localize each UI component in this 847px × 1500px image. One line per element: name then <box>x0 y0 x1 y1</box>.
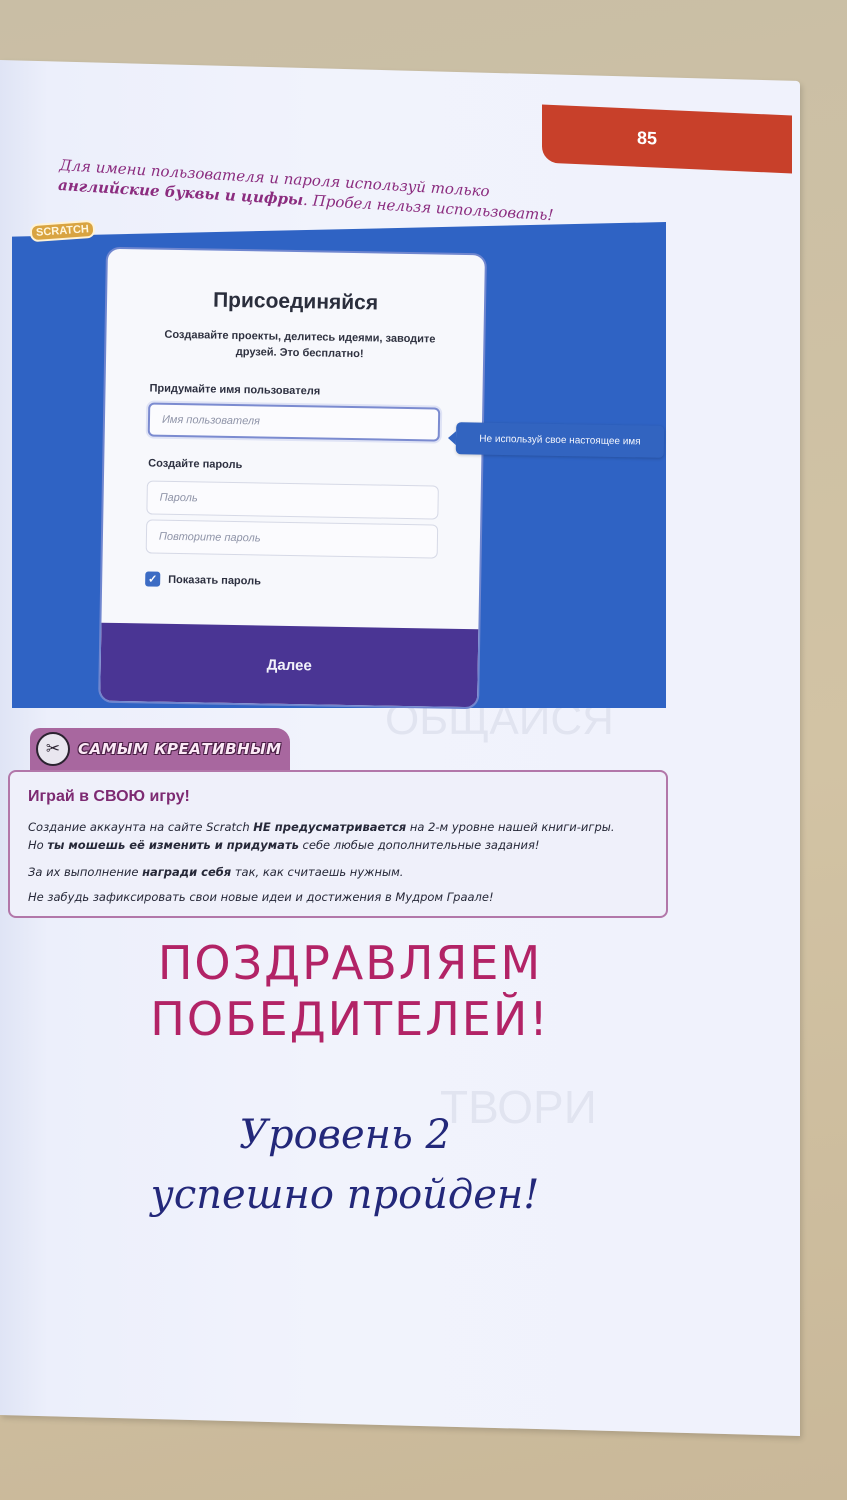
dialog-title: Присоединяйся <box>107 287 484 318</box>
show-password-toggle[interactable]: ✓ Показать пароль <box>145 571 261 588</box>
text-emphasis: награди себя <box>142 865 231 879</box>
show-password-label: Показать пароль <box>168 573 261 587</box>
congrats-line-2: ПОБЕДИТЕЛЕЙ! <box>100 991 600 1047</box>
text-emphasis: НЕ предусматривается <box>253 820 406 834</box>
text-run: на 2-м уровне нашей книги-игры. <box>406 820 614 834</box>
username-placeholder: Имя пользователя <box>162 414 260 428</box>
page-number: 85 <box>637 127 657 149</box>
next-button[interactable]: Далее <box>100 623 478 708</box>
repeat-password-placeholder: Повторите пароль <box>159 531 261 545</box>
username-input[interactable]: Имя пользователя <box>148 402 441 441</box>
text-run: так, как считаешь нужным. <box>231 865 403 879</box>
password-placeholder: Пароль <box>160 492 198 505</box>
congrats-heading: ПОЗДРАВЛЯЕМ ПОБЕДИТЕЛЕЙ! <box>100 935 600 1047</box>
creative-paragraph-2: За их выполнение награди себя так, как с… <box>28 863 654 881</box>
scissors-icon: ✂ <box>36 732 70 766</box>
text-emphasis: ты мошешь её изменить и придумать <box>47 838 299 852</box>
password-label: Создайте пароль <box>148 457 242 471</box>
level-line-1: Уровень 2 <box>90 1105 600 1165</box>
creative-heading: Играй в СВОЮ игру! <box>28 788 190 806</box>
creative-section-label: САМЫМ КРЕАТИВНЫМ <box>78 740 282 758</box>
username-hint-tooltip: Не используй свое настоящее имя <box>456 422 665 458</box>
password-input[interactable]: Пароль <box>146 480 439 519</box>
creative-paragraph-1: Создание аккаунта на сайте Scratch НЕ пр… <box>28 818 654 854</box>
text-run: За их выполнение <box>28 865 142 879</box>
creative-section-box: Играй в СВОЮ игру! Создание аккаунта на … <box>8 770 668 918</box>
checkmark-icon[interactable]: ✓ <box>145 571 160 586</box>
text-run: себе любые дополнительные задания! <box>299 838 540 852</box>
creative-paragraph-3: Не забудь зафиксировать свои новые идеи … <box>28 888 654 906</box>
text-run: Создание аккаунта на сайте Scratch <box>28 820 253 834</box>
text-run: Но <box>28 838 47 852</box>
congrats-line-1: ПОЗДРАВЛЯЕМ <box>100 935 600 991</box>
level-line-2: успешно пройден! <box>90 1165 600 1225</box>
level-complete-heading: Уровень 2 успешно пройден! <box>90 1105 600 1225</box>
repeat-password-input[interactable]: Повторите пароль <box>146 519 439 558</box>
page-number-tab: 85 <box>542 105 792 174</box>
creative-section-tab: ✂ САМЫМ КРЕАТИВНЫМ <box>30 728 290 770</box>
join-dialog: Присоединяйся Создавайте проекты, делите… <box>98 247 487 710</box>
username-label: Придумайте имя пользователя <box>149 382 320 397</box>
dialog-subtitle: Создавайте проекты, делитесь идеями, зав… <box>146 326 454 363</box>
